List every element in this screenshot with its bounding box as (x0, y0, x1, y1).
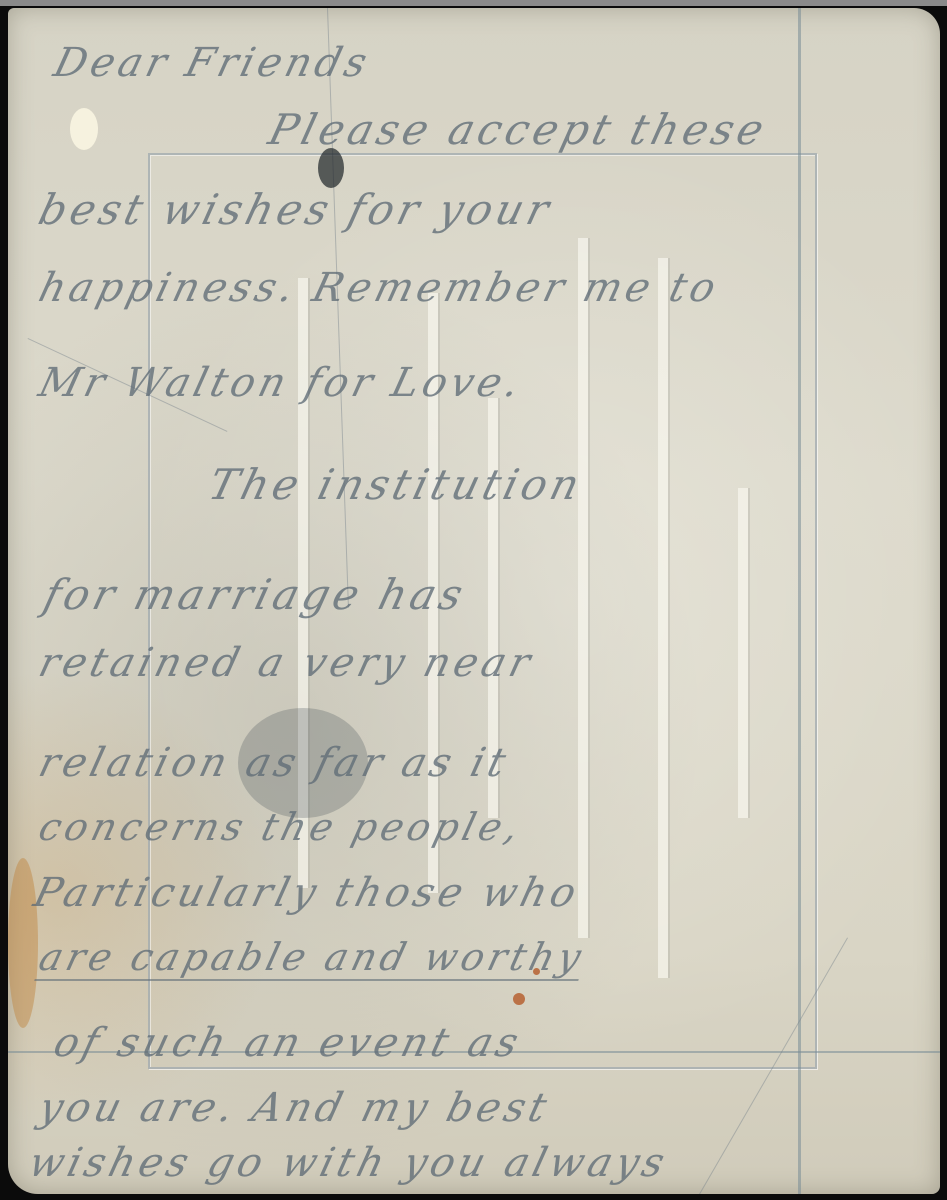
line-9: relation as far as it (34, 740, 514, 786)
line-8: retained a very near (34, 640, 538, 686)
line-15: wishes go with you always (24, 1140, 673, 1186)
line-10: concerns the people, (35, 805, 528, 849)
line-2: Please accept these (264, 105, 773, 154)
line-3: best wishes for your (34, 185, 558, 234)
line-14: you are. And my best (34, 1085, 555, 1131)
line-13: of such an event as (49, 1020, 526, 1066)
line-6: The institution (204, 460, 588, 509)
line-12: are capable and worthy (34, 935, 589, 981)
line-5: Mr Walton for Love. (34, 360, 528, 406)
handwritten-text: Dear Friends Please accept these best wi… (0, 0, 947, 1200)
line-4: happiness. Remember me to (34, 265, 724, 311)
line-11: Particularly those who (29, 870, 584, 916)
line-7: for marriage has (39, 570, 472, 619)
line-salutation: Dear Friends (49, 40, 375, 86)
